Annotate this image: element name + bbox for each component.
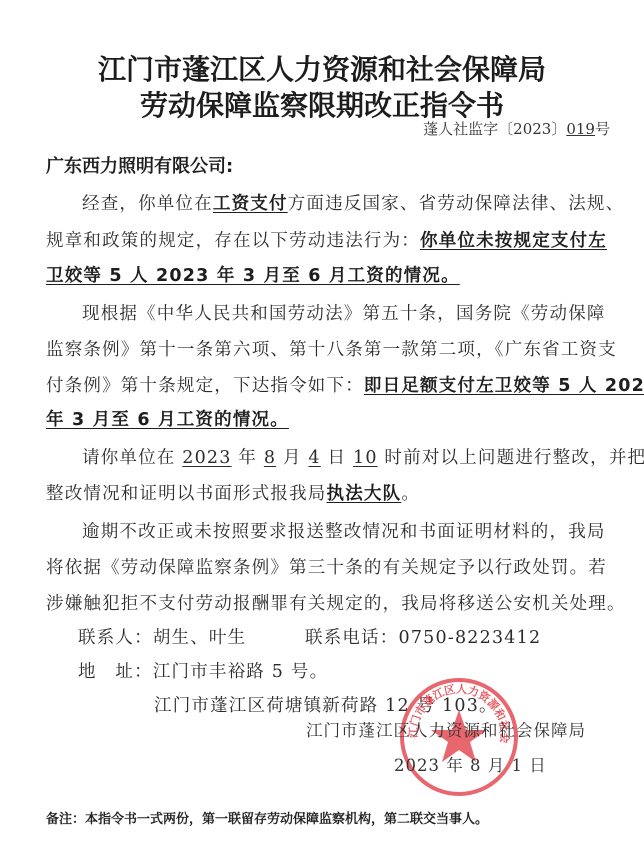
address-line1: 江门市丰裕路 5 号。 bbox=[153, 662, 328, 682]
text: 请你单位在 bbox=[82, 448, 182, 468]
violation-category: 工资支付 bbox=[213, 194, 288, 214]
contact-phone-label: 联系电话： bbox=[305, 628, 399, 648]
directive: 即日足额支付左卫姣等 5 人 2023 bbox=[364, 376, 644, 396]
text: 日 bbox=[321, 448, 353, 468]
deadline-day: 4 bbox=[308, 448, 320, 468]
contact-phone: 联系电话：0750-8223412 bbox=[305, 624, 541, 649]
contact-person-label: 联系人： bbox=[78, 628, 153, 648]
contact-phone-value: 0750-8223412 bbox=[399, 628, 542, 648]
enforcement-team: 执法大队 bbox=[327, 484, 402, 504]
p2-line4: 年 3 月至 6 月工资的情况。 bbox=[46, 406, 616, 431]
text: 年 bbox=[232, 448, 264, 468]
issuing-authority-title: 江门市蓬江区人力资源和社会保障局 bbox=[0, 48, 644, 88]
violation-description-cont: 卫姣等 5 人 2023 年 3 月至 6 月工资的情况。 bbox=[46, 266, 460, 286]
text: 时前对以上问题进行整改，并把 bbox=[378, 448, 644, 468]
text: 整改情况和证明以书面形式报我局 bbox=[46, 484, 327, 504]
text: 付条例》第十条规定，下达指令如下： bbox=[46, 376, 364, 396]
deadline-month: 8 bbox=[264, 448, 276, 468]
address: 地 址：江门市丰裕路 5 号。 bbox=[78, 658, 644, 683]
text: 。 bbox=[401, 484, 420, 504]
deadline-year: 2023 bbox=[182, 448, 231, 468]
text: 规章和政策的规定，存在以下劳动违法行为： bbox=[46, 231, 420, 251]
doc-number-prefix: 蓬人社监字〔2023〕 bbox=[423, 120, 566, 138]
p2-line2: 监察条例》第十一条第六项、第十八条第一款第二项，《广东省工资支 bbox=[46, 336, 616, 361]
doc-number-value: 019 bbox=[566, 120, 595, 138]
text: 方面违反国家、省劳动保障法律、法规、 bbox=[288, 194, 625, 214]
directive-cont: 年 3 月至 6 月工资的情况。 bbox=[46, 410, 289, 430]
p3-line2: 整改情况和证明以书面形式报我局执法大队。 bbox=[46, 480, 616, 505]
p4-line2: 将依据《劳动保障监察条例》第三十条的有关规定予以行政处罚。若 bbox=[46, 554, 616, 579]
violation-description: 你单位未按规定支付左 bbox=[420, 231, 607, 251]
document-number: 蓬人社监字〔2023〕019号 bbox=[423, 118, 610, 139]
address-line2: 江门市蓬江区荷塘镇新荷路 12 号 103。 bbox=[154, 692, 644, 717]
p2-line3: 付条例》第十条规定，下达指令如下：即日足额支付左卫姣等 5 人 2023 bbox=[46, 372, 616, 397]
address-label: 地 址： bbox=[78, 662, 153, 682]
addressee: 广东西力照明有限公司: bbox=[46, 152, 233, 178]
p4-line1: 逾期不改正或未按照要求报送整改情况和书面证明材料的，我局 bbox=[46, 518, 644, 543]
footnote: 备注：本指令书一式两份，第一联留存劳动保障监察机构，第二联交当事人。 bbox=[46, 808, 488, 827]
p2-line1: 现根据《中华人民共和国劳动法》第五十条，国务院《劳动保障 bbox=[46, 300, 644, 325]
signing-date: 2023 年 8 月 1 日 bbox=[394, 752, 547, 776]
text: 经查，你单位在 bbox=[82, 194, 213, 214]
p4-line3: 涉嫌触犯拒不支付劳动报酬罪有关规定的，我局将移送公安机关处理。 bbox=[46, 590, 616, 615]
p1-line2: 规章和政策的规定，存在以下劳动违法行为：你单位未按规定支付左 bbox=[46, 227, 616, 252]
text: 月 bbox=[276, 448, 308, 468]
p1-line1: 经查，你单位在工资支付方面违反国家、省劳动保障法律、法规、 bbox=[46, 190, 644, 215]
p1-line3: 卫姣等 5 人 2023 年 3 月至 6 月工资的情况。 bbox=[46, 262, 616, 287]
doc-number-suffix: 号 bbox=[595, 120, 610, 138]
contact-person-value: 胡生、叶生 bbox=[153, 628, 247, 648]
deadline-hour: 10 bbox=[353, 448, 378, 468]
p3-line1: 请你单位在 2023 年 8 月 4 日 10 时前对以上问题进行整改，并把 bbox=[46, 444, 644, 469]
signing-organization: 江门市蓬江区人力资源和社会保障局 bbox=[306, 717, 586, 741]
